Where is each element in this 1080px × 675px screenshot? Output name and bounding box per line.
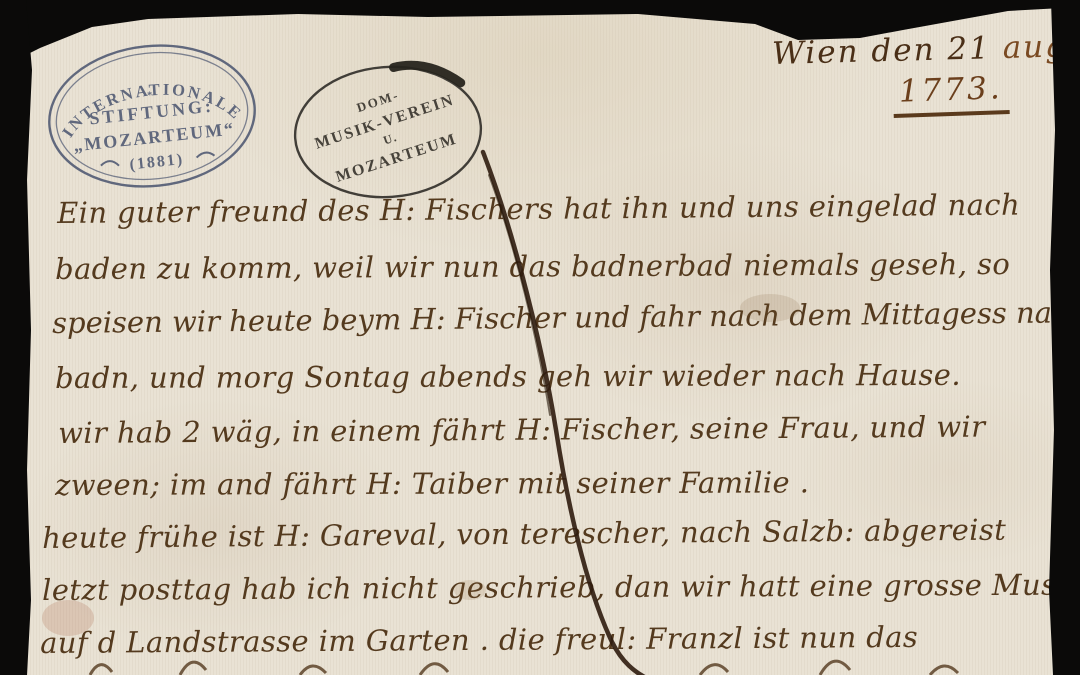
letter-line: baden zu komm, weil wir nun das badnerba… bbox=[55, 247, 1010, 286]
letter-line: auf d Landstrasse im Garten . die freul:… bbox=[40, 620, 918, 660]
letter-line: letzt posttag hab ich nicht geschrieb, d… bbox=[42, 568, 1080, 607]
letter-line: badn, und morg Sontag abends geh wir wie… bbox=[55, 358, 961, 395]
dateline-year: 1773. bbox=[892, 70, 1009, 118]
letter-line: wir hab 2 wäg, in einem fährt H: Fischer… bbox=[58, 410, 986, 450]
scanned-letter-page: Wien den 21 aug: 1773. Ein guter freund … bbox=[0, 0, 1080, 675]
letter-line: zween; im and fährt H: Taiber mit seiner… bbox=[55, 465, 809, 502]
dateline-month: aug: bbox=[1002, 28, 1080, 66]
dateline-city-day: Wien den 21 bbox=[772, 30, 1004, 72]
